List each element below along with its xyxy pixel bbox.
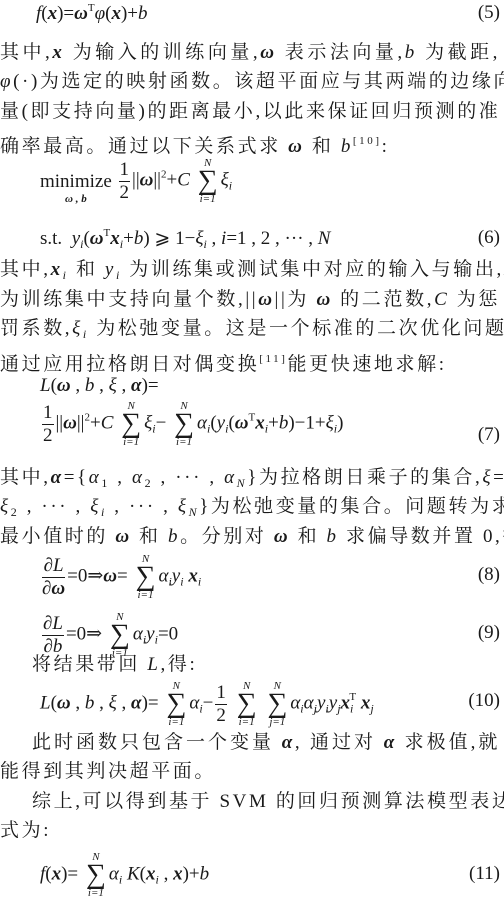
paragraph-line: 通过应用拉格朗日对偶变换[11]能更快速地求解:: [0, 345, 504, 373]
summation: N∑i=1: [174, 400, 194, 448]
minimize-operator: minimizeω , b: [40, 171, 112, 205]
equation-number: (10): [468, 690, 500, 712]
equation-number: (6): [478, 227, 500, 249]
equation-7-lhs: L(ω , b , ξ , α)=: [40, 375, 159, 397]
paragraph-line: 此时函数只包含一个变量 α, 通过对 α 求极值,就: [32, 729, 500, 757]
paragraph-line: 综上,可以得到基于 SVM 的回归预测算法模型表达: [32, 788, 500, 816]
paragraph-line: 将结果带回 L,得:: [32, 651, 504, 679]
paragraph-line: 为训练集中支持向量个数,||ω||为 ω 的二范数,C 为惩: [0, 286, 500, 314]
paragraph-line: 其中,x 为输入的训练向量,ω 表示法向量,b 为截距,: [0, 39, 500, 67]
equation-6-objective: minimizeω , b 12||ω||2+C N∑i=1ξi: [40, 157, 232, 205]
summation: N∑j=1: [267, 680, 287, 728]
equation-8: ∂L∂ω=0⇒ω= N∑i=1αiyi xi: [40, 553, 201, 601]
summation: N∑i=1: [86, 851, 106, 899]
paragraph-line: 确率最高。通过以下关系式求 ω 和 b[10]:: [0, 127, 504, 155]
paragraph-line: ξ2 , ··· , ξi , ··· , ξN}为松弛变量的集合。问题转为求使…: [0, 493, 500, 521]
summation: N∑i=1: [237, 680, 257, 728]
equation-11: f(x)= N∑i=1αi K(xi , x)+b: [40, 851, 209, 899]
equation-6-constraint: s.t. yi(ωTxi+b) ⩾ 1−ξi , i=1 , 2 , ··· ,…: [40, 227, 330, 252]
paragraph-line: 其中,xi 和 yi 为训练集或测试集中对应的输入与输出,N: [0, 256, 500, 284]
summation: N∑i=1: [198, 157, 218, 205]
equation-7-rhs: 12||ω||2+C N∑i=1ξi− N∑i=1αi(yi(ωTxi+b)−1…: [40, 400, 343, 448]
paragraph-line: 式为:: [0, 817, 504, 845]
equation-5: f(x)=ωTφ(x)+b: [36, 2, 148, 25]
summation: N∑i=1: [121, 400, 141, 448]
citation: [10]: [353, 135, 382, 147]
equation-number: (8): [478, 564, 500, 586]
equation-number: (9): [478, 622, 500, 644]
paragraph-line: 量(即支持向量)的距离最小,以此来保证回归预测的准: [0, 98, 500, 126]
equation-number: (5): [478, 2, 500, 24]
citation: [11]: [259, 353, 287, 365]
summation: N∑i=1: [136, 553, 156, 601]
paragraph-line: 罚系数,ξi 为松弛变量。这是一个标准的二次优化问题,: [0, 315, 500, 343]
equation-10: L(ω , b , ξ , α)= N∑i=1αi−12 N∑i=1 N∑j=1…: [40, 680, 374, 728]
paragraph-line: φ(·)为选定的映射函数。该超平面应与其两端的边缘向: [0, 68, 500, 96]
equation-number: (7): [478, 424, 500, 446]
paragraph-line: 能得到其判决超平面。: [0, 758, 504, 786]
paragraph-line: 其中,α={α1 , α2 , ··· , αN}为拉格朗日乘子的集合,ξ={ξ…: [0, 464, 500, 492]
summation: N∑i=1: [166, 680, 186, 728]
paragraph-line: 最小值时的 ω 和 b。分别对 ω 和 b 求偏导数并置 0,得:: [0, 523, 500, 551]
equation-number: (11): [469, 863, 500, 885]
